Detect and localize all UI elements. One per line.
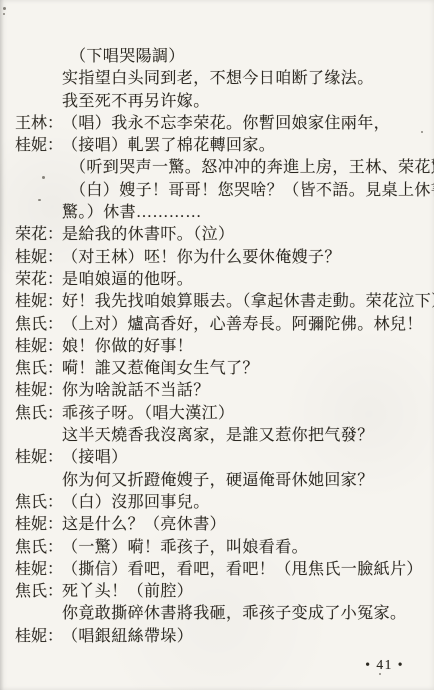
speaker-label: 荣花：	[15, 224, 62, 246]
line-text: 驚。）休書…………	[62, 204, 202, 221]
line-text: （上对）爐高香好，心善寿長。阿彌陀佛。林兒！	[62, 316, 423, 333]
script-line: 桂妮：（接唱）軋罢了棉花轉回家。	[15, 135, 428, 157]
line-text: 好！我先找咱娘算賬去。（拿起休書走動。荣花泣下）	[62, 293, 434, 310]
script-line: 桂妮：好！我先找咱娘算賬去。（拿起休書走動。荣花泣下）	[15, 291, 428, 313]
speaker-label: 桂妮：	[15, 514, 62, 536]
line-text: （一驚）嗬！乖孩子，叫娘看看。	[62, 539, 308, 556]
line-text: （下唱哭陽調）	[70, 48, 185, 65]
speaker-label: 荣花：	[15, 269, 62, 291]
scan-edge-shadow	[0, 0, 4, 690]
speaker-label: 桂妮：	[15, 247, 62, 269]
script-line: 实指望白头同到老，不想今日咱断了缘法。	[15, 68, 428, 90]
script-line: 桂妮：你为啥說話不当話？	[15, 380, 428, 402]
script-line: 王林：（唱）我永不忘李荣花。你暫回娘家住兩年，	[15, 113, 428, 135]
line-text: 你为啥說話不当話？	[62, 382, 210, 399]
speaker-label: 桂妮：	[15, 626, 62, 648]
script-line: （听到哭声一驚。怒冲冲的奔進上房，王林、荣花驚起。	[15, 157, 428, 179]
line-text: （唱銀紐絲帶垛）	[62, 628, 193, 645]
speaker-label: 焦氏：	[15, 358, 62, 380]
speaker-label: 桂妮：	[15, 291, 62, 313]
speaker-label: 桂妮：	[15, 336, 62, 358]
script-line: （下唱哭陽調）	[15, 46, 428, 68]
line-text: 这是什么？（亮休書）	[62, 516, 226, 533]
line-text: 你竟敢撕碎休書將我砸，乖孩子变成了小冤家。	[62, 605, 406, 622]
script-line: 焦氏：乖孩子呀。（唱大漢江）	[15, 403, 428, 425]
line-text: 娘！你做的好事！	[62, 338, 193, 355]
script-line: 驚。）休書…………	[15, 202, 428, 224]
scan-speck	[3, 7, 6, 10]
script-line: 桂妮：娘！你做的好事！	[15, 336, 428, 358]
script-page: （下唱哭陽調） 实指望白头同到老，不想今日咱断了缘法。 我至死不再另许嫁。 王林…	[0, 0, 434, 690]
line-text: （接唱）軋罢了棉花轉回家。	[62, 137, 275, 154]
script-line: 焦氏：嗬！誰又惹俺闺女生气了？	[15, 358, 428, 380]
speaker-label: 焦氏：	[15, 581, 62, 603]
script-line: （白）嫂子！哥哥！您哭啥？（皆不語。見桌上休書一	[15, 180, 428, 202]
script-line: 焦氏：死丫头！（前腔）	[15, 581, 428, 603]
script-line: 焦氏：（上对）爐高香好，心善寿長。阿彌陀佛。林兒！	[15, 314, 428, 336]
speaker-label: 王林：	[15, 113, 62, 135]
line-text: 是給我的休書吓。（泣）	[62, 226, 234, 243]
line-text: 嗬！誰又惹俺闺女生气了？	[62, 360, 259, 377]
script-line: 桂妮：（对王林）呸！你为什么要休俺嫂子？	[15, 247, 428, 269]
line-text: （白）嫂子！哥哥！您哭啥？（皆不語。見桌上休書一	[70, 182, 434, 199]
speaker-label: 焦氏：	[15, 492, 62, 514]
line-text: （听到哭声一驚。怒冲冲的奔進上房，王林、荣花驚起。	[70, 159, 434, 176]
script-line: 我至死不再另许嫁。	[15, 91, 428, 113]
line-text: 是咱娘逼的他呀。	[62, 271, 193, 288]
line-text: （撕信）看吧，看吧，看吧！（甩焦氏一臉紙片）	[62, 561, 423, 578]
speaker-label: 桂妮：	[15, 135, 62, 157]
text-block: （下唱哭陽調） 实指望白头同到老，不想今日咱断了缘法。 我至死不再另许嫁。 王林…	[15, 46, 428, 648]
speaker-label: 桂妮：	[15, 447, 62, 469]
line-text: 你为何又折蹬俺嫂子，硬逼俺哥休她回家？	[62, 472, 374, 489]
line-text: 死丫头！（前腔）	[62, 583, 193, 600]
script-line: 你为何又折蹬俺嫂子，硬逼俺哥休她回家？	[15, 470, 428, 492]
speaker-label: 焦氏：	[15, 314, 62, 336]
line-text: （接唱）	[62, 449, 128, 466]
line-text: 乖孩子呀。（唱大漢江）	[62, 405, 234, 422]
line-text: （对王林）呸！你为什么要休俺嫂子？	[62, 249, 341, 266]
speaker-label: 桂妮：	[15, 559, 62, 581]
scan-speck	[3, 13, 5, 15]
page-number: • 41 •	[365, 657, 404, 673]
line-text: （唱）我永不忘李荣花。你暫回娘家住兩年，	[62, 115, 390, 132]
script-line: 焦氏：（一驚）嗬！乖孩子，叫娘看看。	[15, 537, 428, 559]
script-line: 荣花：是給我的休書吓。（泣）	[15, 224, 428, 246]
speaker-label: 焦氏：	[15, 537, 62, 559]
script-line: 荣花：是咱娘逼的他呀。	[15, 269, 428, 291]
script-line: 桂妮：这是什么？（亮休書）	[15, 514, 428, 536]
line-text: 这半天燒香我沒离家，是誰又惹你把气發？	[62, 427, 374, 444]
scan-speck	[379, 673, 381, 675]
line-text: 实指望白头同到老，不想今日咱断了缘法。	[62, 70, 374, 87]
script-line: 桂妮：（接唱）	[15, 447, 428, 469]
script-line: 桂妮：（唱銀紐絲帶垛）	[15, 626, 428, 648]
script-line: 焦氏：（白）沒那回事兒。	[15, 492, 428, 514]
line-text: （白）沒那回事兒。	[62, 494, 210, 511]
speaker-label: 焦氏：	[15, 403, 62, 425]
script-line: 这半天燒香我沒离家，是誰又惹你把气發？	[15, 425, 428, 447]
speaker-label: 桂妮：	[15, 380, 62, 402]
line-text: 我至死不再另许嫁。	[62, 93, 210, 110]
script-line: 桂妮：（撕信）看吧，看吧，看吧！（甩焦氏一臉紙片）	[15, 559, 428, 581]
script-line: 你竟敢撕碎休書將我砸，乖孩子变成了小冤家。	[15, 603, 428, 625]
